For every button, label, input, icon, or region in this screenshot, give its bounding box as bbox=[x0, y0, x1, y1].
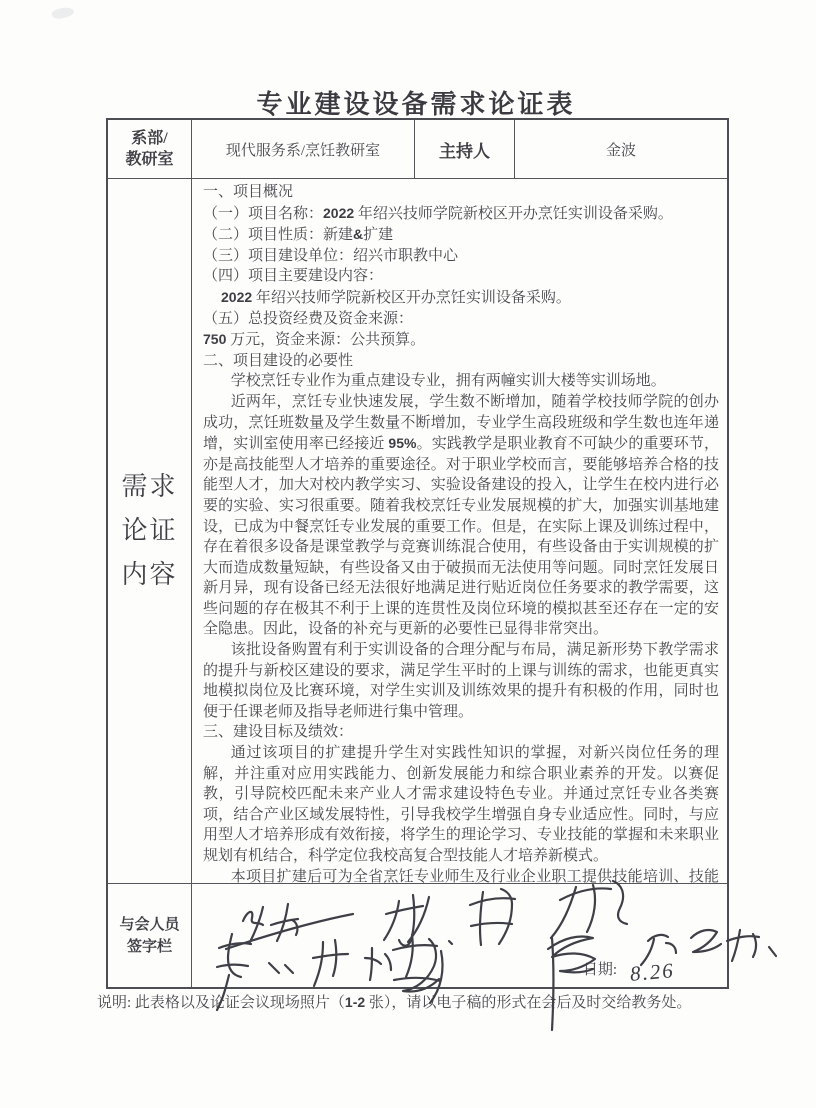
text-segment: 张），请以电子稿的形式在会后及时交给教务处。 bbox=[365, 995, 691, 1011]
content-paragraph: 三、建设目标及绩效： bbox=[203, 722, 719, 743]
text-segment: 年绍兴技师学院新校区开办烹饪实训设备采购。 bbox=[354, 206, 673, 222]
bold-number-segment: 2022 bbox=[221, 289, 252, 305]
label-line: 需求 bbox=[121, 465, 177, 509]
text-segment: 学校烹饪专业作为重点建设专业，拥有两幢实训大楼等实训场地。 bbox=[231, 373, 666, 389]
content-paragraph: 二、项目建设的必要性 bbox=[203, 351, 719, 372]
scanned-form-page: 专业建设设备需求论证表 系部/教研室 现代服务系/烹饪教研室 主持人 金波 需求… bbox=[0, 0, 816, 1108]
bold-number-segment: 750 bbox=[203, 331, 226, 347]
text-segment: （二）项目性质：新建 bbox=[203, 227, 353, 243]
content-paragraph: 近两年，烹饪专业快速发展，学生数不断增加，随着学校技师学院的创办成功，烹饪班数量… bbox=[203, 392, 719, 640]
text-segment: 通过该项目的扩建提升学生对实践性知识的掌握，对新兴岗位任务的理解，并注重对应用实… bbox=[203, 745, 719, 864]
signature-row: 与会人员签字栏 日期: 8.26 bbox=[108, 884, 727, 987]
text-segment: 。实践教学是职业教育不可缺少的重要环节，亦是高技能型人才培养的重要途径。对于职业… bbox=[203, 436, 719, 637]
content-paragraph: （二）项目性质：新建&扩建 bbox=[203, 224, 719, 246]
content-paragraph: 该批设备购置有利于实训设备的合理分配与布局，满足新形势下教学需求的提升与新校区建… bbox=[203, 640, 719, 722]
bold-number-segment: & bbox=[353, 226, 363, 242]
label-line: 教研室 bbox=[125, 149, 173, 170]
label-line: 签字栏 bbox=[127, 936, 172, 958]
content-paragraph: 一、项目概况 bbox=[203, 182, 719, 203]
content-paragraph: 750 万元，资金来源：公共预算。 bbox=[203, 329, 719, 351]
signature-area: 日期: 8.26 bbox=[192, 884, 727, 987]
demand-content-cell: 一、项目概况（一）项目名称：2022 年绍兴技师学院新校区开办烹饪实训设备采购。… bbox=[192, 179, 727, 883]
dept-office-label: 系部/教研室 bbox=[108, 120, 192, 178]
content-paragraph: 通过该项目的扩建提升学生对实践性知识的掌握，对新兴岗位任务的理解，并注重对应用实… bbox=[203, 743, 719, 867]
scan-smudge bbox=[51, 6, 75, 20]
signature-row-label: 与会人员签字栏 bbox=[108, 884, 192, 987]
text-segment: 三、建设目标及绩效： bbox=[203, 724, 353, 740]
text-segment: 本项目扩建后可为全省烹饪专业师生及行业企业职工提供技能培训、技能竞赛训练。为浙江… bbox=[203, 869, 719, 883]
text-segment: 扩建 bbox=[363, 227, 393, 243]
content-paragraph: （一）项目名称：2022 年绍兴技师学院新校区开办烹饪实训设备采购。 bbox=[203, 203, 719, 225]
text-segment: （五）总投资经费及资金来源： bbox=[203, 311, 413, 327]
footnote: 说明: 此表格以及论证会议现场照片（1-2 张），请以电子稿的形式在会后及时交给… bbox=[97, 992, 757, 1014]
table-header-row: 系部/教研室 现代服务系/烹饪教研室 主持人 金波 bbox=[108, 120, 727, 179]
text-segment: 该批设备购置有利于实训设备的合理分配与布局，满足新形势下教学需求的提升与新校区建… bbox=[203, 642, 719, 720]
host-value: 金波 bbox=[515, 120, 727, 178]
content-paragraph: （四）项目主要建设内容： bbox=[203, 266, 719, 287]
bold-number-segment: 1-2 bbox=[345, 994, 365, 1010]
text-segment: 万元，资金来源：公共预算。 bbox=[226, 332, 425, 348]
label-line: 内容 bbox=[121, 553, 177, 597]
content-paragraph: 本项目扩建后可为全省烹饪专业师生及行业企业职工提供技能培训、技能竞赛训练。为浙江… bbox=[203, 867, 719, 883]
label-line: 与会人员 bbox=[119, 914, 179, 936]
text-segment: 说明: 此表格以及论证会议现场照片（ bbox=[97, 995, 345, 1011]
content-paragraph: （三）项目建设单位：绍兴市职教中心 bbox=[203, 246, 719, 267]
host-label: 主持人 bbox=[415, 120, 515, 178]
bold-number-segment: 95% bbox=[388, 435, 416, 451]
content-paragraph: 2022 年绍兴技师学院新校区开办烹饪实训设备采购。 bbox=[203, 287, 719, 309]
demand-content-row: 需求论证内容 一、项目概况（一）项目名称：2022 年绍兴技师学院新校区开办烹饪… bbox=[108, 179, 727, 884]
text-segment: 二、项目建设的必要性 bbox=[203, 353, 353, 369]
date-value-handwritten: 8.26 bbox=[629, 958, 676, 987]
label-line: 系部/ bbox=[131, 128, 167, 149]
label-line: 论证 bbox=[121, 509, 177, 553]
date-label: 日期: bbox=[583, 958, 617, 979]
demand-row-label: 需求论证内容 bbox=[108, 179, 192, 883]
text-segment: 年绍兴技师学院新校区开办烹饪实训设备采购。 bbox=[252, 290, 571, 306]
text-segment: （四）项目主要建设内容： bbox=[203, 268, 383, 284]
text-segment: （一）项目名称： bbox=[203, 206, 323, 222]
demand-verification-table: 系部/教研室 现代服务系/烹饪教研室 主持人 金波 需求论证内容 一、项目概况（… bbox=[106, 118, 729, 989]
text-segment: （三）项目建设单位：绍兴市职教中心 bbox=[203, 248, 458, 264]
dept-office-value: 现代服务系/烹饪教研室 bbox=[192, 120, 415, 178]
page-title: 专业建设设备需求论证表 bbox=[106, 84, 726, 121]
text-segment: 一、项目概况 bbox=[203, 184, 293, 200]
content-paragraph: （五）总投资经费及资金来源： bbox=[203, 309, 719, 330]
content-paragraph: 学校烹饪专业作为重点建设专业，拥有两幢实训大楼等实训场地。 bbox=[203, 371, 719, 392]
bold-number-segment: 2022 bbox=[323, 205, 354, 221]
